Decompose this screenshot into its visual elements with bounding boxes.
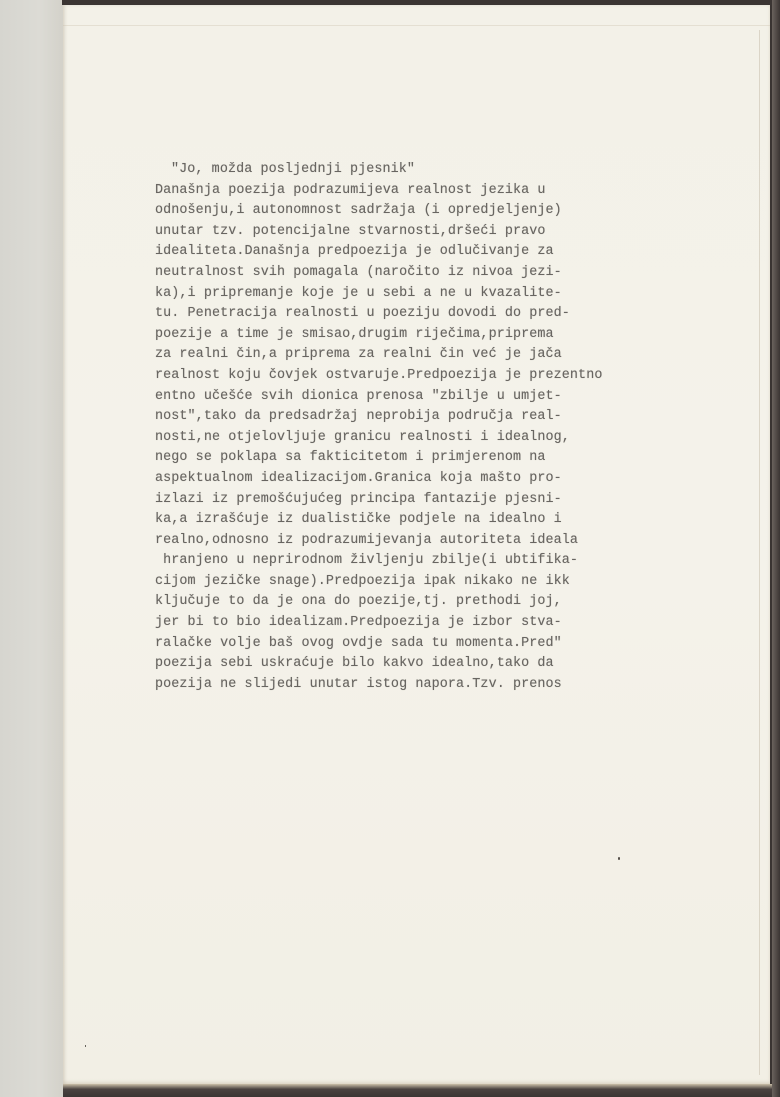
text-line: entno učešće svih dionica prenosa "zbilj…	[155, 387, 675, 408]
text-line: poezije a time je smisao,drugim riječima…	[155, 325, 675, 346]
text-line: jer bi to bio idealizam.Predpoezija je i…	[155, 613, 675, 634]
text-line: cijom jezičke snage).Predpoezija ipak ni…	[155, 572, 675, 593]
right-shadow-edge	[772, 0, 780, 1097]
text-line: realnost koju čovjek ostvaruje.Predpoezi…	[155, 366, 675, 387]
text-line: nost",tako da predsadržaj neprobija podr…	[155, 407, 675, 428]
text-line: hranjeno u neprirodnom življenju zbilje(…	[155, 551, 675, 572]
text-line: aspektualnom idealizacijom.Granica koja …	[155, 469, 675, 490]
text-line: nosti,ne otjelovljuje granicu realnosti …	[155, 428, 675, 449]
document-title: "Jo, možda posljednji pjesnik"	[155, 160, 675, 181]
text-line: nego se poklapa sa fakticitetom i primje…	[155, 448, 675, 469]
text-line: idealiteta.Današnja predpoezija je odluč…	[155, 242, 675, 263]
ink-speck	[618, 857, 620, 860]
text-line: ralačke volje baš ovog ovdje sada tu mom…	[155, 634, 675, 655]
text-line: Današnja poezija podrazumijeva realnost …	[155, 181, 675, 202]
text-line: realno,odnosno iz podrazumijevanja autor…	[155, 531, 675, 552]
ink-speck	[85, 1045, 86, 1047]
text-line: poezija ne slijedi unutar istog napora.T…	[155, 675, 675, 696]
text-line: poezija sebi uskraćuje bilo kakvo idealn…	[155, 654, 675, 675]
bottom-shadow-edge	[63, 1084, 772, 1097]
text-line: tu. Penetracija realnosti u poeziju dovo…	[155, 304, 675, 325]
text-line: ključuje to da je ona do poezije,tj. pre…	[155, 592, 675, 613]
text-line: ka,a izrašćuje iz dualističke podjele na…	[155, 510, 675, 531]
typed-text-block: "Jo, možda posljednji pjesnik" Današnja …	[155, 160, 675, 695]
backing-board	[0, 0, 66, 1097]
text-line: odnošenju,i autonomnost sadržaja (i opre…	[155, 201, 675, 222]
text-line: izlazi iz premošćujućeg principa fantazi…	[155, 490, 675, 511]
text-line: za realni čin,a priprema za realni čin v…	[155, 345, 675, 366]
text-line: ka),i pripremanje koje je u sebi a ne u …	[155, 284, 675, 305]
text-line: unutar tzv. potencijalne stvarnosti,drše…	[155, 222, 675, 243]
text-line: neutralnost svih pomagala (naročito iz n…	[155, 263, 675, 284]
